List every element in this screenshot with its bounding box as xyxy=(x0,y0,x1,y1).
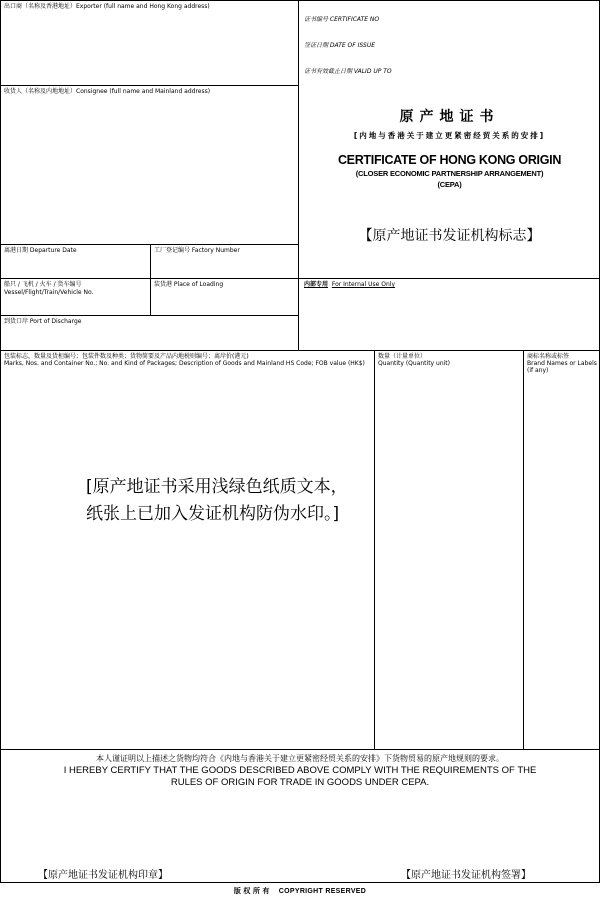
goods-description-label-en: Marks, Nos. and Container No.; No. and K… xyxy=(4,360,370,367)
departure-vessel-divider xyxy=(0,278,600,279)
internal-use-en: For Internal Use Only xyxy=(332,281,395,288)
header-goods-divider xyxy=(0,350,600,351)
date-of-issue-label: 签证日期 DATE OF ISSUE xyxy=(304,42,375,50)
place-of-loading-label: 装货港 Place of Loading xyxy=(154,281,223,289)
port-of-discharge-label: 到货口岸 Port of Discharge xyxy=(4,318,81,326)
copyright-cn: 版 权 所 有 xyxy=(234,888,270,895)
brand-label: 商标名称或标签 Brand Names or Labels (if any) xyxy=(527,353,597,374)
issuer-signature-placeholder: 【原产地证书发证机构签署】 xyxy=(401,866,531,881)
factory-number-label: 工厂登记编号 Factory Number xyxy=(154,247,240,255)
goods-certify-divider xyxy=(0,749,600,750)
issuer-stamp-placeholder: 【原产地证书发证机构印章】 xyxy=(38,866,168,881)
quantity-brand-divider xyxy=(523,350,524,749)
certification-en-line-2: RULES OF ORIGIN FOR TRADE IN GOODS UNDER… xyxy=(0,777,600,789)
watermark-line-2: 纸张上已加入发证机构防伪水印。] xyxy=(86,501,348,528)
consignee-departure-divider xyxy=(0,244,298,245)
exporter-consignee-divider xyxy=(0,85,298,86)
certification-cn: 本人谨证明以上描述之货物均符合《内地与香港关于建立更紧密经贸关系的安排》下货物贸… xyxy=(0,753,600,765)
certification-en-line-1: I HEREBY CERTIFY THAT THE GOODS DESCRIBE… xyxy=(0,765,600,777)
quantity-label-en: Quantity (Quantity unit) xyxy=(378,360,518,367)
certificate-title-block: 原产地证书 [内地与香港关于建立更紧密经贸关系的安排] CERTIFICATE … xyxy=(299,106,600,189)
title-cn: 原产地证书 xyxy=(299,106,600,126)
title-en-subtitle: (CLOSER ECONOMIC PARTNERSHIP ARRANGEMENT… xyxy=(299,169,600,178)
certificate-no-label: 证书编号 CERTIFICATE NO xyxy=(304,16,379,24)
title-cn-subtitle: [内地与香港关于建立更紧密经贸关系的安排] xyxy=(299,130,600,141)
brand-label-en: Brand Names or Labels (if any) xyxy=(527,360,597,374)
title-en: CERTIFICATE OF HONG KONG ORIGIN xyxy=(299,153,600,167)
vessel-label-en: Vessel/Flight/Train/Vehicle No. xyxy=(4,289,93,297)
quantity-label-cn: 数量（计量单位） xyxy=(378,353,518,360)
vessel-discharge-divider xyxy=(0,315,298,316)
internal-use-cn: 内部专用 xyxy=(304,281,328,288)
departure-date-label: 离港日期 Departure Date xyxy=(4,247,77,255)
copyright-en: COPYRIGHT RESERVED xyxy=(279,888,366,895)
consignee-field-label: 收货人（名称及内地地址）Consignee (full name and Mai… xyxy=(4,88,210,96)
goods-description-label-cn: 包装标志，数量及货柜编号；包装件数及种类；货物简要及产品内地税则编号；离岸价(港… xyxy=(4,353,370,360)
valid-up-to-label: 证书有效截止日期 VALID UP TO xyxy=(304,68,392,76)
title-en-abbr: (CEPA) xyxy=(299,180,600,189)
issuer-logo-placeholder: 【原产地证书发证机构标志】 xyxy=(299,225,600,245)
paper-watermark-note: [原产地证书采用浅绿色纸质文本， 纸张上已加入发证机构防伪水印。] xyxy=(86,474,348,528)
brand-label-cn: 商标名称或标签 xyxy=(527,353,597,360)
goods-description-label: 包装标志，数量及货柜编号；包装件数及种类；货物简要及产品内地税则编号；离岸价(港… xyxy=(4,353,370,367)
vessel-label-cn: 船只 / 飞机 / 火车 / 货车编号 xyxy=(4,281,82,289)
exporter-field-label: 出口商（名称及香港地址）Exporter (full name and Hong… xyxy=(4,3,210,11)
certification-statement: 本人谨证明以上描述之货物均符合《内地与香港关于建立更紧密经贸关系的安排》下货物贸… xyxy=(0,753,600,789)
copyright-notice: 版 权 所 有 COPYRIGHT RESERVED xyxy=(0,886,600,896)
quantity-label: 数量（计量单位） Quantity (Quantity unit) xyxy=(378,353,518,367)
goods-quantity-divider xyxy=(374,350,375,749)
internal-use-label: 内部专用 For Internal Use Only xyxy=(304,281,395,289)
departure-factory-divider xyxy=(150,244,151,315)
watermark-line-1: [原产地证书采用浅绿色纸质文本， xyxy=(86,474,348,501)
